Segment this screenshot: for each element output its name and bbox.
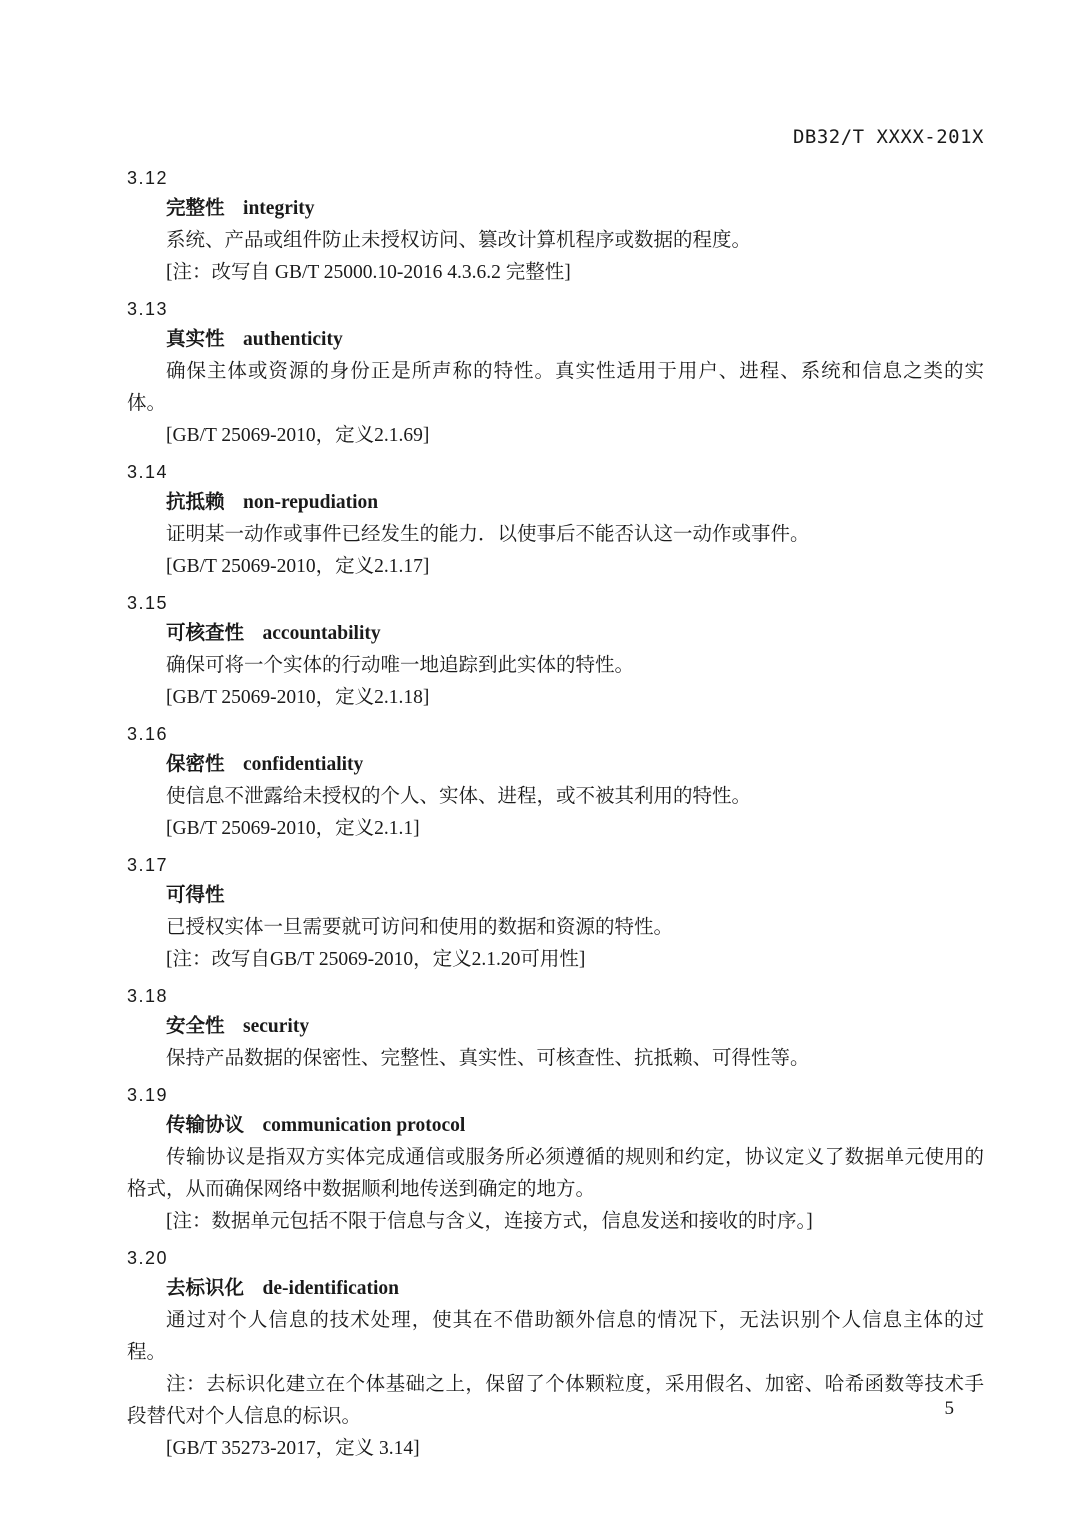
term-section-3-19: 3.19 传输协议communication protocol 传输协议是指双方…	[127, 1083, 984, 1238]
term-chinese: 可得性	[166, 885, 225, 906]
section-number: 3.16	[127, 722, 984, 746]
source-reference: [GB/T 25069-2010，定义2.1.1]	[127, 813, 984, 845]
note-paragraph: [注：改写自GB/T 25069-2010，定义2.1.20可用性]	[127, 944, 984, 976]
source-reference: [GB/T 35273-2017，定义 3.14]	[127, 1433, 984, 1465]
definition-paragraph: 确保可将一个实体的行动唯一地追踪到此实体的特性。	[127, 650, 984, 682]
definition-paragraph: 已授权实体一旦需要就可访问和使用的数据和资源的特性。	[127, 912, 984, 944]
term-section-3-20: 3.20 去标识化de-identification 通过对个人信息的技术处理，…	[127, 1246, 984, 1465]
definition-paragraph: 通过对个人信息的技术处理，使其在不借助额外信息的情况下，无法识别个人信息主体的过…	[127, 1305, 984, 1369]
term-english: security	[243, 1016, 309, 1037]
term-section-3-14: 3.14 抗抵赖non-repudiation 证明某一动作或事件已经发生的能力…	[127, 460, 984, 583]
section-number: 3.13	[127, 297, 984, 321]
definition-paragraph: 证明某一动作或事件已经发生的能力．以使事后不能否认这一动作或事件。	[127, 519, 984, 551]
standard-code-header: DB32/T XXXX-201X	[127, 126, 984, 148]
term-chinese: 抗抵赖	[166, 492, 225, 513]
term-heading: 去标识化de-identification	[127, 1273, 984, 1305]
term-english: confidentiality	[243, 754, 363, 775]
term-heading: 可核查性accountability	[127, 618, 984, 650]
term-english: authenticity	[243, 329, 343, 350]
term-heading: 可得性	[127, 880, 984, 912]
term-section-3-16: 3.16 保密性confidentiality 使信息不泄露给未授权的个人、实体…	[127, 722, 984, 845]
note-paragraph: [注：数据单元包括不限于信息与含义，连接方式，信息发送和接收的时序。]	[127, 1206, 984, 1238]
term-heading: 完整性integrity	[127, 193, 984, 225]
document-page: DB32/T XXXX-201X 3.12 完整性integrity 系统、产品…	[0, 0, 1080, 1527]
term-chinese: 去标识化	[166, 1278, 244, 1299]
term-english: communication protocol	[263, 1115, 466, 1136]
section-number: 3.15	[127, 591, 984, 615]
definition-paragraph: 确保主体或资源的身份正是所声称的特性。真实性适用于用户、进程、系统和信息之类的实…	[127, 356, 984, 420]
term-section-3-15: 3.15 可核查性accountability 确保可将一个实体的行动唯一地追踪…	[127, 591, 984, 714]
term-heading: 保密性confidentiality	[127, 749, 984, 781]
note-paragraph: [注：改写自 GB/T 25000.10-2016 4.3.6.2 完整性]	[127, 257, 984, 289]
term-section-3-12: 3.12 完整性integrity 系统、产品或组件防止未授权访问、篡改计算机程…	[127, 166, 984, 289]
term-chinese: 可核查性	[166, 623, 244, 644]
term-section-3-13: 3.13 真实性authenticity 确保主体或资源的身份正是所声称的特性。…	[127, 297, 984, 452]
term-chinese: 完整性	[166, 198, 225, 219]
term-chinese: 真实性	[166, 329, 225, 350]
term-heading: 抗抵赖non-repudiation	[127, 487, 984, 519]
definition-paragraph: 系统、产品或组件防止未授权访问、篡改计算机程序或数据的程度。	[127, 225, 984, 257]
source-reference: [GB/T 25069-2010，定义2.1.69]	[127, 420, 984, 452]
definition-paragraph: 使信息不泄露给未授权的个人、实体、进程，或不被其利用的特性。	[127, 781, 984, 813]
section-number: 3.17	[127, 853, 984, 877]
term-english: non-repudiation	[243, 492, 378, 513]
section-number: 3.18	[127, 984, 984, 1008]
section-number: 3.19	[127, 1083, 984, 1107]
term-section-3-17: 3.17 可得性 已授权实体一旦需要就可访问和使用的数据和资源的特性。 [注：改…	[127, 853, 984, 976]
page-number: 5	[945, 1398, 955, 1420]
term-heading: 安全性security	[127, 1011, 984, 1043]
term-section-3-18: 3.18 安全性security 保持产品数据的保密性、完整性、真实性、可核查性…	[127, 984, 984, 1075]
term-english: accountability	[263, 623, 381, 644]
source-reference: [GB/T 25069-2010，定义2.1.18]	[127, 682, 984, 714]
section-number: 3.20	[127, 1246, 984, 1270]
source-reference: [GB/T 25069-2010，定义2.1.17]	[127, 551, 984, 583]
term-chinese: 保密性	[166, 754, 225, 775]
term-heading: 真实性authenticity	[127, 324, 984, 356]
term-chinese: 安全性	[166, 1016, 225, 1037]
term-english: de-identification	[263, 1278, 400, 1299]
definition-paragraph: 保持产品数据的保密性、完整性、真实性、可核查性、抗抵赖、可得性等。	[127, 1043, 984, 1075]
definition-paragraph: 传输协议是指双方实体完成通信或服务所必须遵循的规则和约定，协议定义了数据单元使用…	[127, 1142, 984, 1206]
section-number: 3.14	[127, 460, 984, 484]
term-english: integrity	[243, 198, 314, 219]
note-paragraph: 注：去标识化建立在个体基础之上，保留了个体颗粒度，采用假名、加密、哈希函数等技术…	[127, 1369, 984, 1433]
section-number: 3.12	[127, 166, 984, 190]
term-heading: 传输协议communication protocol	[127, 1110, 984, 1142]
term-chinese: 传输协议	[166, 1115, 244, 1136]
